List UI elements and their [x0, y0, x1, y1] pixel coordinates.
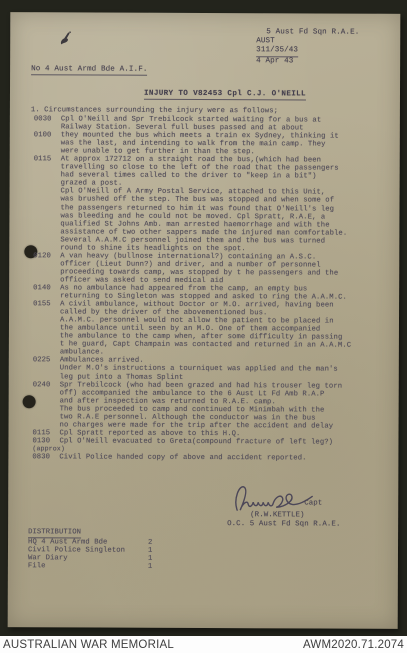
entry-time	[34, 123, 61, 131]
distribution-recipient: File	[28, 562, 148, 571]
entry-time: 0240	[33, 381, 60, 389]
entry-time	[33, 228, 60, 236]
entry-time: 0140	[33, 284, 60, 292]
entry-text: Civil Police handed copy of above and ac…	[59, 453, 392, 462]
entry-time: 0120	[33, 252, 60, 260]
document-title: INJURY TO V82453 Cpl C.J. O'NEILL	[144, 90, 306, 100]
catalog-strip: AUSTRALIAN WAR MEMORIAL AWM2020.71.2074	[0, 636, 407, 653]
entry-time	[33, 421, 60, 429]
distribution-copies: 1	[148, 563, 152, 571]
entry-time	[33, 413, 60, 421]
institution-name: AUSTRALIAN WAR MEMORIAL	[3, 639, 174, 651]
entry-time: 0225	[33, 357, 60, 365]
entry-time	[33, 236, 60, 244]
entry-time	[34, 139, 61, 147]
distribution-copies: 1	[148, 546, 152, 554]
entry-time: 0130	[32, 437, 59, 445]
entry-time	[33, 244, 60, 252]
document-date: 4 Apr 43	[256, 57, 359, 66]
entry-time	[33, 276, 60, 284]
signatory-rank: Capt	[304, 499, 322, 507]
entry-time	[33, 365, 60, 373]
distribution-title: DISTRIBUTION	[28, 528, 81, 538]
entry-time	[33, 260, 60, 268]
file-reference: 311/35/43	[256, 46, 298, 57]
entry-time: 0155	[33, 300, 60, 308]
entry-time	[33, 292, 60, 300]
entry-time	[33, 389, 60, 397]
entry-time	[34, 172, 61, 180]
entry-time	[33, 324, 60, 332]
entry-time	[34, 180, 61, 188]
entry-time	[33, 212, 60, 220]
catalog-number: AWM2020.71.2074	[303, 639, 404, 651]
log-entry: 0830Civil Police handed copy of above an…	[32, 453, 392, 463]
entry-time	[34, 164, 61, 172]
entry-time	[33, 333, 60, 341]
entry-time: (approx)	[32, 445, 59, 453]
ink-blot-mark	[57, 30, 74, 50]
distribution-block: DISTRIBUTION HQ 4 Aust Armd Bde2Civil Po…	[28, 528, 153, 571]
entry-time	[33, 204, 60, 212]
entry-time: 0030	[34, 115, 61, 123]
entry-time	[33, 220, 60, 228]
entry-time: 0830	[32, 453, 59, 461]
entry-time	[33, 308, 60, 316]
entry-time	[33, 405, 60, 413]
entry-time	[33, 341, 60, 349]
distribution-copies: 2	[148, 538, 152, 546]
addressee: No 4 Aust Armd Bde A.I.F.	[31, 65, 147, 75]
letterhead: 5 Aust Fd Sqn R.A.E. AUST 311/35/43 4 Ap…	[256, 28, 359, 66]
entry-time	[33, 268, 60, 276]
entry-time	[33, 397, 60, 405]
signatory-appointment: O.C. 5 Aust Fd Sqn R.A.E.	[227, 520, 340, 529]
distribution-list: HQ 4 Aust Armd Bde2Civil Police Singleto…	[28, 538, 153, 571]
document-page: 5 Aust Fd Sqn R.A.E. AUST 311/35/43 4 Ap…	[8, 12, 401, 629]
entry-time	[33, 373, 60, 381]
unit-name: 5 Aust Fd Sqn R.A.E.	[256, 28, 359, 37]
signatory-name: (R.W.KETTLE)	[250, 511, 304, 519]
entry-time	[33, 316, 60, 324]
entry-time: 0100	[34, 131, 61, 139]
handwritten-signature	[230, 479, 322, 517]
entry-time: 0115	[34, 155, 61, 163]
corps-label: AUST	[256, 37, 359, 46]
intro-line: 1. Circumstances surrounding the injury …	[31, 106, 278, 115]
distribution-item: File1	[28, 562, 152, 571]
distribution-copies: 1	[148, 555, 152, 563]
entry-time: 0115	[32, 429, 59, 437]
entries: 0030Cpl O'Neill and Spr Trebilcock start…	[32, 115, 394, 463]
entry-time	[34, 196, 61, 204]
entry-time	[34, 188, 61, 196]
